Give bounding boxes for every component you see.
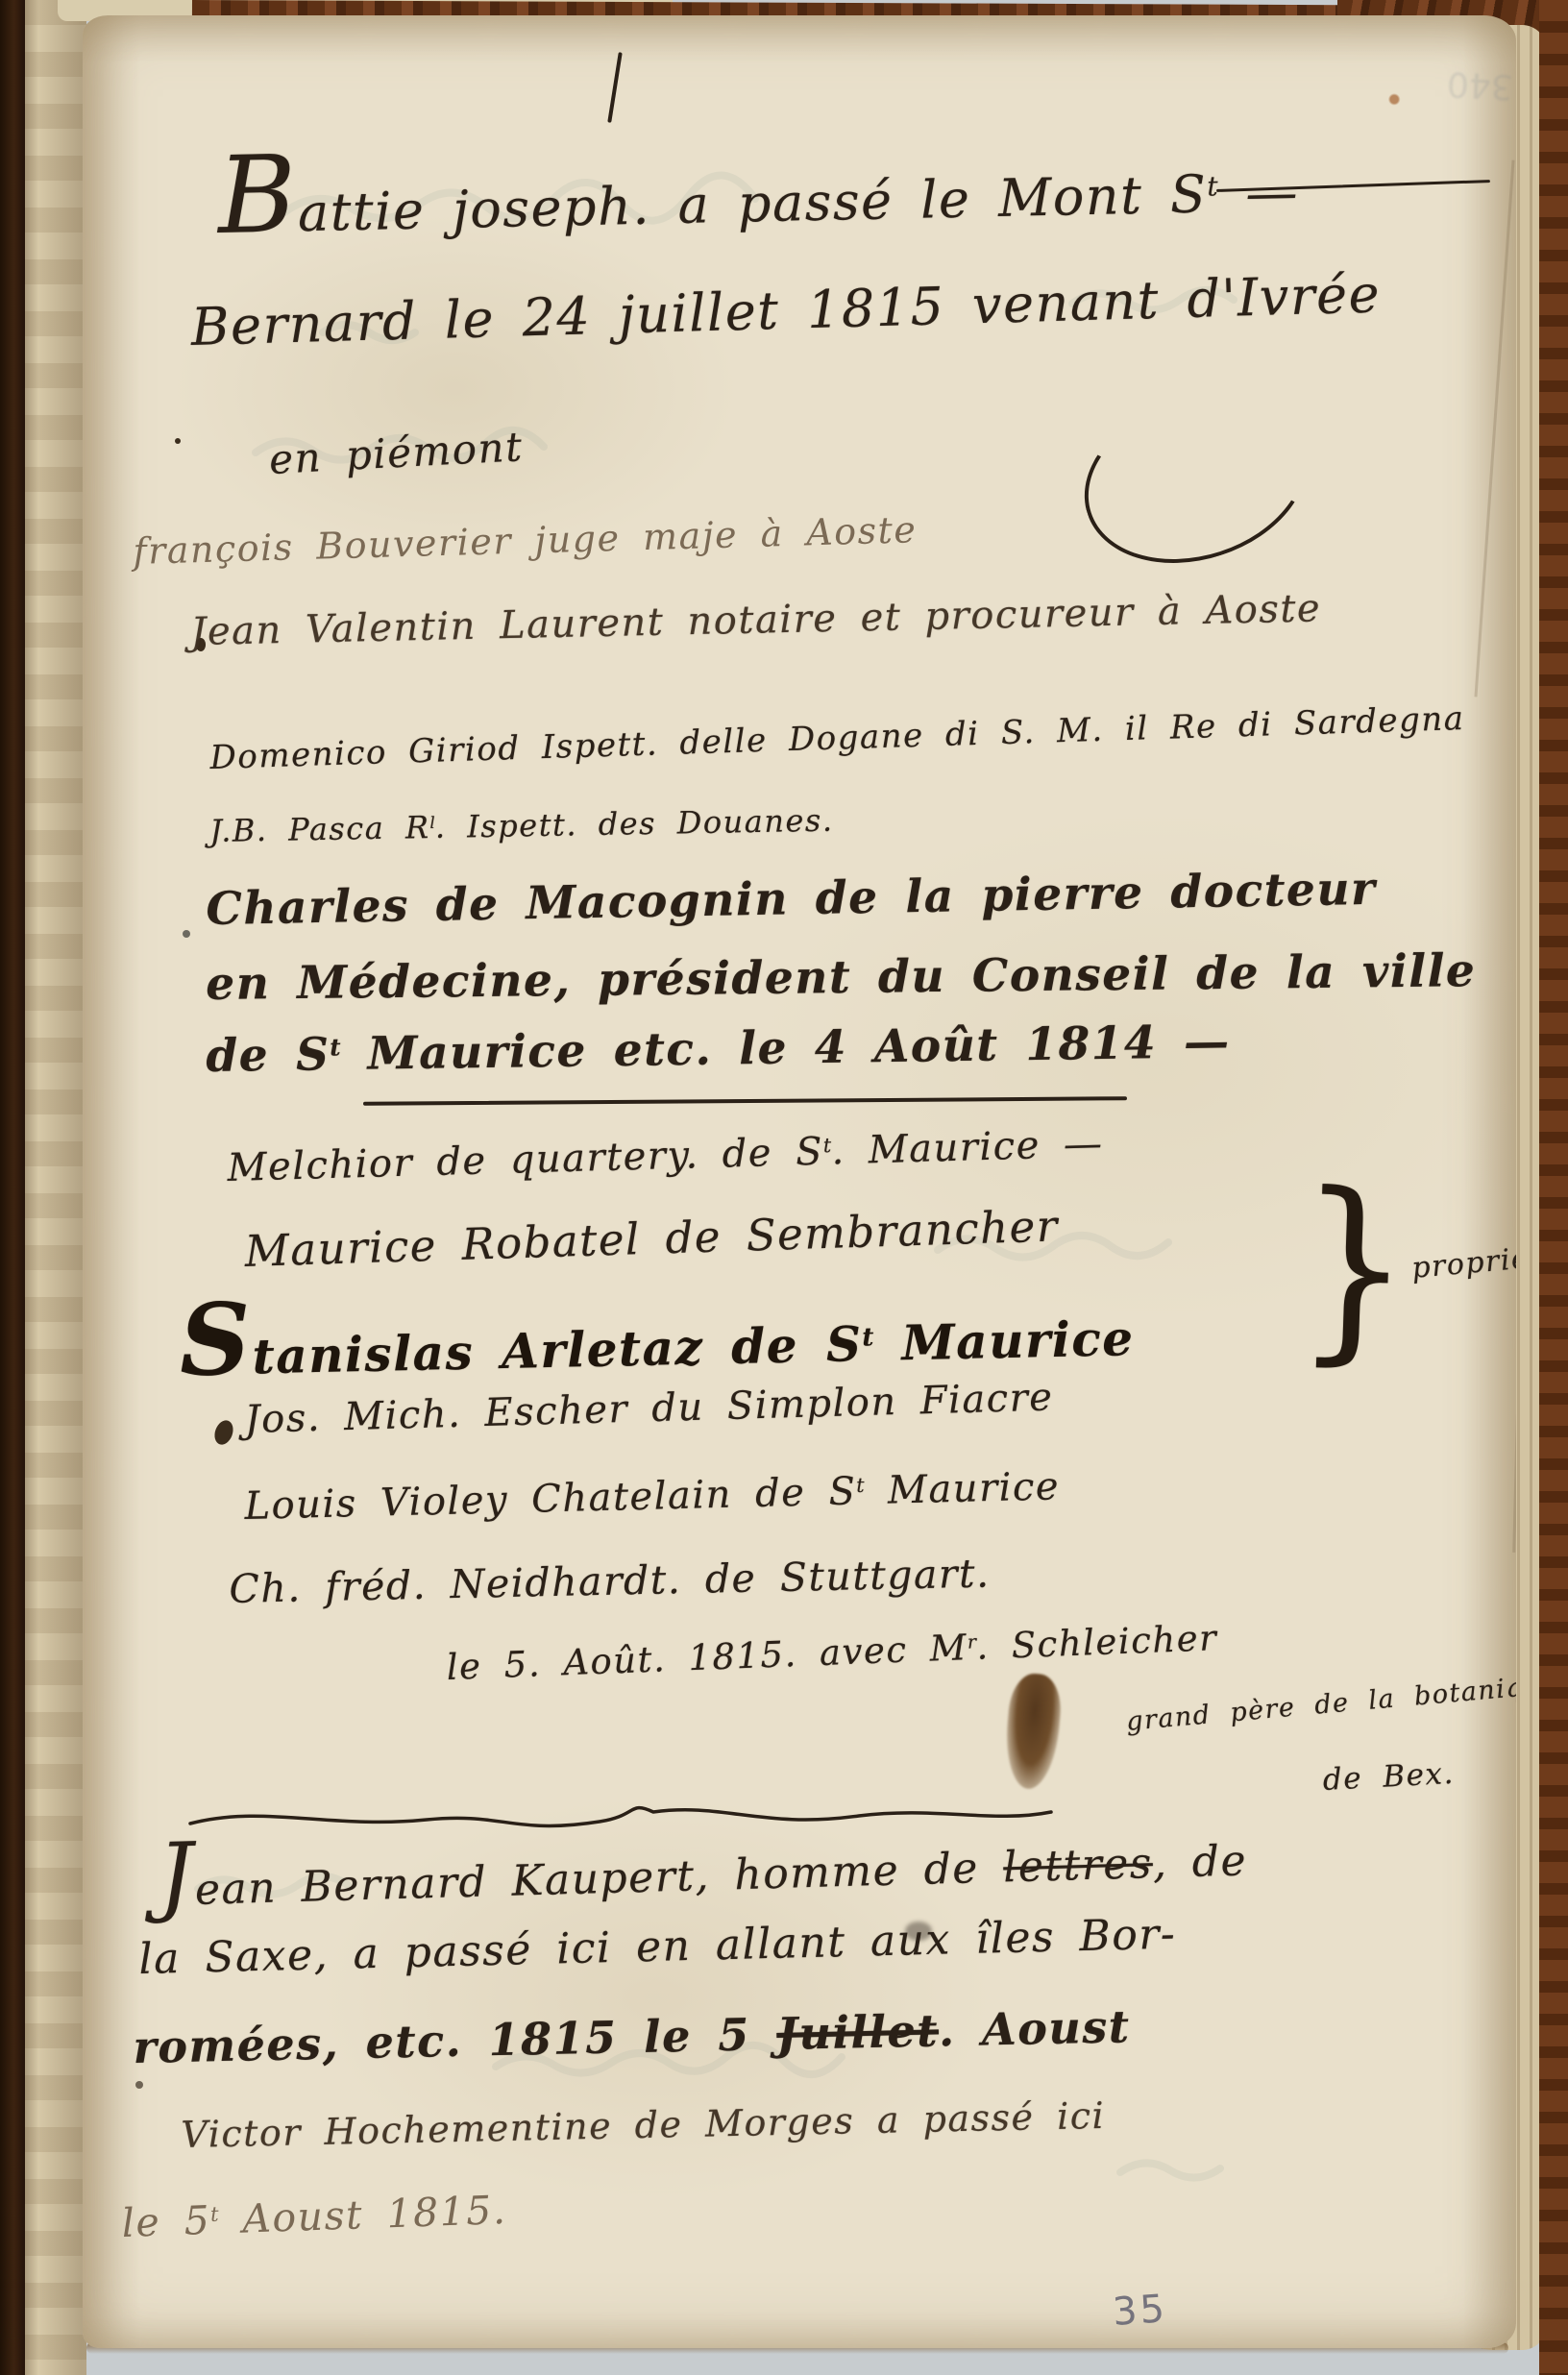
superscript-t: t <box>862 1323 874 1352</box>
ink-blot <box>1002 1672 1064 1791</box>
page-number: 35 <box>1111 2287 1168 2335</box>
ink-flourish-stroke <box>607 52 623 123</box>
entry-text: . Maurice — <box>831 1122 1104 1174</box>
entry-battie-line1: Battie joseph. a passé le Mont St — <box>217 136 1299 243</box>
entry-battie-line3: en piémont <box>268 425 525 482</box>
entry-victor-date: le 5t Aoust 1815. <box>121 2189 507 2245</box>
entry-text: , de <box>1152 1836 1248 1888</box>
entry-robatel: Maurice Robatel de Sembrancher <box>244 1202 1059 1275</box>
leather-cover-right <box>1539 0 1568 2375</box>
entry-text: . Schleicher <box>975 1617 1218 1668</box>
ink-divider-line <box>363 1096 1127 1106</box>
entry-proprietaires: propriétai <box>1410 1238 1516 1284</box>
entry-text: — <box>1217 161 1299 224</box>
entry-giriod: Domenico Giriod Ispett. delle Dogane di … <box>209 701 1465 776</box>
ink-speck <box>211 1418 236 1448</box>
entry-text: Aoust 1815. <box>218 2187 507 2242</box>
manuscript-page: 340 Battie joseph. a passé le Mont St — … <box>83 15 1516 2348</box>
entry-laurent: Jean Valentin Laurent notaire et procure… <box>190 587 1322 653</box>
page-edge-stack-left <box>25 0 86 2375</box>
faint-corner-pencil-mark: 340 <box>1446 63 1514 107</box>
manuscript-scan: 340 Battie joseph. a passé le Mont St — … <box>0 0 1568 2375</box>
entry-text-struck: lettres <box>1003 1839 1154 1892</box>
entry-text: le 5 <box>121 2197 211 2246</box>
entry-macognin-line2: en Médecine, président du Conseil de la … <box>206 946 1477 1010</box>
entry-text: romées, etc. 1815 le 5 <box>133 2008 777 2073</box>
entry-text: Jean Bernard Kaupert, homme de <box>159 1843 1004 1916</box>
entry-kaupert-line2: la Saxe, a passé ici en allant aux îles … <box>138 1912 1177 1984</box>
paper-crease <box>1474 160 1514 698</box>
ink-flourish-arc <box>1063 366 1330 590</box>
entry-text: de S <box>206 1028 331 1083</box>
paper-crease <box>1512 688 1516 1553</box>
book-spine-left <box>0 0 25 2375</box>
entry-text: Battie joseph. a passé le Mont S <box>218 163 1209 245</box>
entry-schleicher-note-line1: grand père de la botanique <box>1125 1671 1516 1737</box>
entry-macognin-line3: de St Maurice etc. le 4 Août 1814 — <box>206 1017 1231 1082</box>
ink-speck <box>175 438 181 444</box>
entry-text: Melchior de quartery. de S <box>227 1130 824 1190</box>
entry-text: le 5. Août. 1815. avec M <box>446 1627 968 1688</box>
entry-bouverier: françois Bouverier juge maje à Aoste <box>133 510 918 573</box>
entry-arletaz: Stanislas Arletaz de St Maurice <box>179 1287 1135 1384</box>
entry-text: Stanislas Arletaz de S <box>179 1315 863 1386</box>
superscript-t: t <box>330 1033 341 1061</box>
entry-text-crossed-out: Juillet <box>776 2004 940 2060</box>
entry-pasca: J.B. Pasca Rl. Ispett. des Douanes. <box>209 804 834 849</box>
ink-speck <box>135 2081 143 2089</box>
entry-text: Louis Violey Chatelain de S <box>244 1469 857 1529</box>
entry-text: . Ispett. des Douanes. <box>434 802 833 845</box>
entry-battie-line2: Bernard le 24 juillet 1815 venant d'Ivré… <box>190 265 1382 355</box>
entry-victor: Victor Hochementine de Morges a passé ic… <box>181 2096 1106 2156</box>
entry-macognin-line1: Charles de Macognin de la pierre docteur <box>206 865 1377 935</box>
entry-text: Maurice etc. le 4 Août 1814 — <box>340 1016 1231 1081</box>
entry-escher: Jos. Mich. Escher du Simplon Fiacre <box>244 1376 1054 1440</box>
entry-text: . Aoust <box>938 2000 1131 2056</box>
entry-text: J.B. Pasca R <box>209 809 430 849</box>
entry-violey: Louis Violey Chatelain de St Maurice <box>244 1465 1061 1528</box>
entry-neidhardt-date: le 5. Août. 1815. avec Mr. Schleicher <box>446 1619 1218 1687</box>
entry-quartery: Melchior de quartery. de St. Maurice — <box>227 1123 1104 1189</box>
entry-text: Maurice <box>873 1310 1135 1372</box>
superscript-t: t <box>1207 170 1218 202</box>
entry-text: Maurice <box>864 1464 1060 1513</box>
ink-curly-brace: } <box>1294 1166 1415 1369</box>
ink-speck <box>183 930 190 938</box>
entry-kaupert-line3: romées, etc. 1815 le 5 Juillet. Aoust <box>133 2002 1131 2071</box>
entry-schleicher-note-line2: de Bex. <box>1322 1757 1456 1797</box>
entry-neidhardt: Ch. fréd. Neidhardt. de Stuttgart. <box>229 1552 991 1611</box>
